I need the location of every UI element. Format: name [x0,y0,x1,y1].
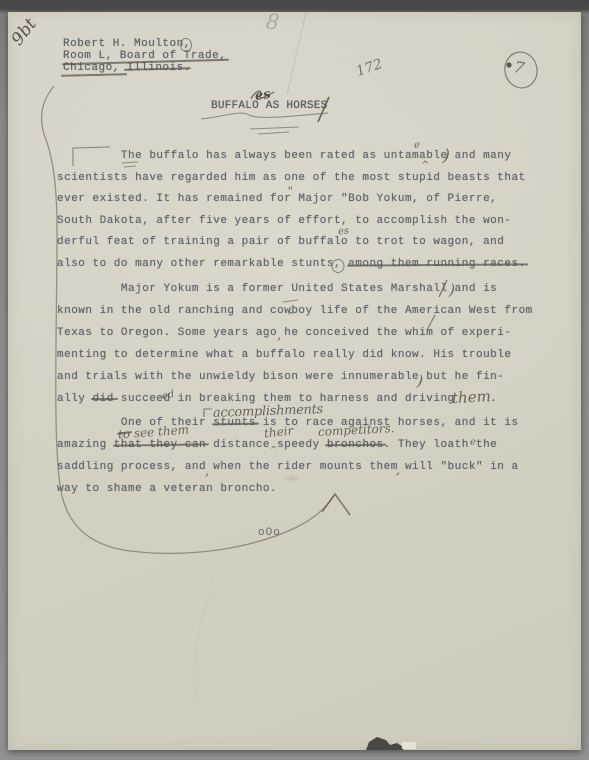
handwritten-comma-insert: , [205,464,209,479]
typed-line: and trials with the unwieldy bison were … [57,372,504,383]
handwritten-comma-insert: , [277,328,281,343]
handwritten-caret: ^ [421,160,429,171]
typed-line: Texas to Oregon. Some years ago he conce… [57,328,511,339]
pencil-smudge [284,474,300,483]
typed-line: saddling process, and when the rider mou… [57,462,519,473]
handwritten-caret: ^ [270,446,278,456]
typed-line: scientists have regarded him as one of t… [57,173,526,184]
header-author-name: Robert H. Moulton, [63,39,191,50]
typed-line: way to shame a veteran broncho. [57,484,277,495]
handwritten-title-scribble: es [254,87,272,104]
handwritten-comma-insert: , [396,463,400,478]
typed-line: ever existed. It has remained for Major … [57,194,497,205]
typed-line: derful feat of training a pair of buffal… [57,237,504,248]
handwritten-insert-e: e [414,140,420,151]
end-mark: oOo [258,527,281,539]
scanned-manuscript-photo: { "marks": { "corner": "9bt", "top_cente… [0,0,589,760]
handwritten-insert-e: e [470,437,476,448]
handwritten-faint-numeral: 8 [265,9,281,34]
typed-line: ally did succeed in breaking them to har… [57,394,455,405]
handwritten-es-insert: es [338,226,350,238]
typed-line: menting to determine what a buffalo real… [57,350,511,361]
handwritten-them: them. [452,387,496,407]
typed-line: known in the old ranching and cowboy lif… [57,306,533,317]
typed-line: Major Yokum is a former United States Ma… [57,284,497,295]
typed-line: South Dakota, after five years of effort… [57,216,511,227]
strikethrough-did [91,398,118,400]
handwritten-caret: ^ [287,312,295,322]
